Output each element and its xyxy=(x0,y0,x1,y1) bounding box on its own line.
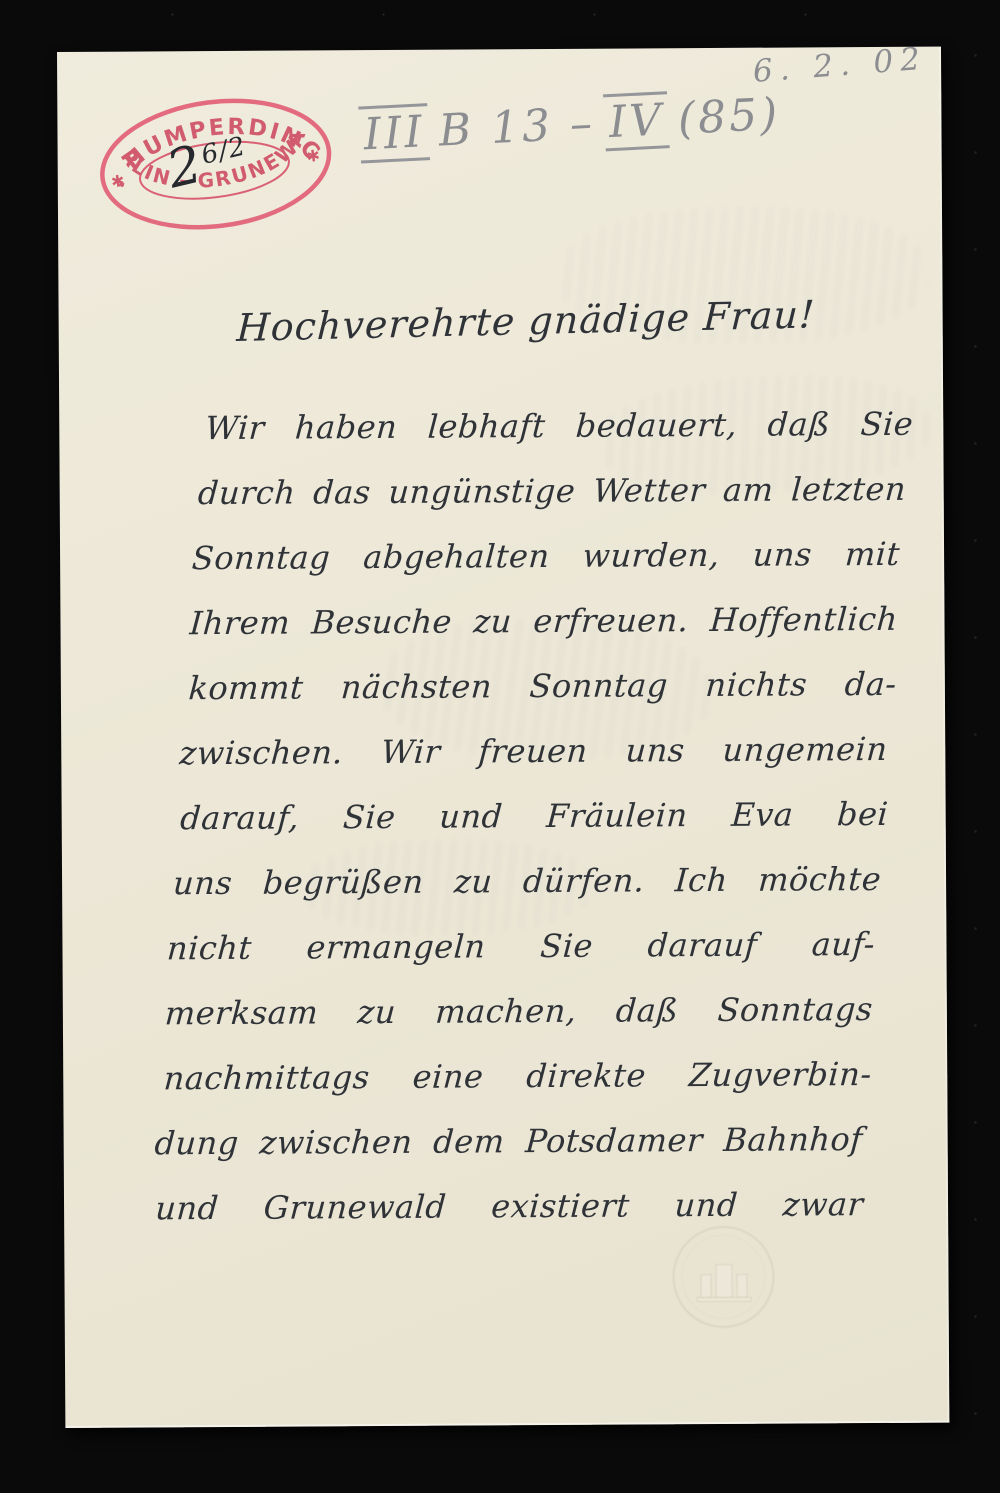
letter-page: E. HUMPERDINCK BERLIN - GRUNEWALD ✱ ✱ 26… xyxy=(57,47,949,1428)
handwritten-line: Ihrem Besuche zu erfreuen. Hoffentlich xyxy=(188,590,900,659)
handwritten-line: darauf, Sie und Fräulein Eva bei xyxy=(178,785,890,854)
handwritten-line: Wir haben lebhaft bedauert, daß Sie xyxy=(203,395,915,464)
handwritten-line: kommt nächsten Sonntag nichts da- xyxy=(186,655,898,724)
seal-castle-base xyxy=(697,1297,752,1302)
seal-castle-icon xyxy=(736,1274,747,1298)
handwritten-line: nicht ermangeln Sie darauf auf- xyxy=(165,915,877,984)
handwritten-line: dung zwischen dem Potsdamer Bahnhof xyxy=(152,1110,864,1179)
letter-body: Wir haben lebhaft bedauert, daß Sie durc… xyxy=(150,395,912,1245)
shelfmark-roman-numeral: IV xyxy=(603,91,669,151)
stamp-star-left-icon: ✱ xyxy=(110,171,126,192)
shelfmark-suffix: (85) xyxy=(677,89,782,145)
handwritten-line: uns begrüßen zu dürfen. Ich möchte xyxy=(171,850,883,919)
seal-castle-icon xyxy=(700,1274,711,1298)
owner-stamp: E. HUMPERDINCK BERLIN - GRUNEWALD ✱ ✱ 26… xyxy=(86,80,346,248)
shelfmark-middle: B 13 – xyxy=(438,98,597,157)
shelfmark-roman-numeral: III xyxy=(358,103,430,163)
pencil-date: 6. 2. 02 xyxy=(696,41,928,94)
embossed-seal xyxy=(672,1226,775,1329)
stamp-star-right-icon: ✱ xyxy=(305,146,321,167)
handwritten-line: zwischen. Wir freuen uns ungemein xyxy=(177,720,889,789)
handwritten-line: Sonntag abgehalten wurden, uns mit xyxy=(190,525,902,594)
seal-castle-icon xyxy=(715,1264,732,1298)
photo-background: E. HUMPERDINCK BERLIN - GRUNEWALD ✱ ✱ 26… xyxy=(0,0,1000,1493)
handwritten-line: nachmittags eine direkte Zugverbin- xyxy=(161,1045,873,1114)
handwritten-line: merksam zu machen, daß Sonntags xyxy=(163,980,875,1049)
handwritten-line: durch das ungünstige Wetter am letzten xyxy=(196,460,908,529)
pencil-shelfmark: IIIB 13 –IV(85) xyxy=(358,88,791,160)
